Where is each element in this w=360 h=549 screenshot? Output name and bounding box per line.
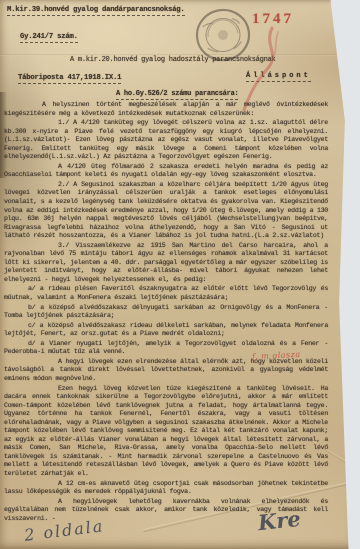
subject-line: A ho.Gy.526/2 számu parancsára: bbox=[116, 90, 238, 98]
paragraph: A helyszinen történt megbeszélések alapj… bbox=[4, 101, 328, 118]
scanned-document-photo: M.kir.39.honvéd gyalog dandárparancsnoks… bbox=[0, 0, 360, 549]
signature: Kre bbox=[257, 506, 302, 535]
file-number: Gy.241/7 szám. bbox=[20, 33, 78, 41]
unit-designation: M.kir.39.honvéd gyalog dandárparancsnoks… bbox=[7, 6, 185, 14]
body-text: A helyszinen történt megbeszélések alapj… bbox=[4, 101, 328, 524]
paper-sheet: M.kir.39.honvéd gyalog dandárparancsnoks… bbox=[0, 0, 360, 549]
paragraph: b/ a középső alvédőszakasz délnyugati sa… bbox=[4, 304, 328, 321]
paragraph: Ezen hegyi löveg közvetlen tüze kiegészi… bbox=[4, 385, 328, 479]
paragraph: 1./ A 4/120 tanküteg egy lövegét célszer… bbox=[4, 119, 328, 162]
paragraph: A hegyi lövegek ezen elrendezése által e… bbox=[4, 358, 328, 384]
field-post-date: Táboriposta 417,1918.IX.1 bbox=[18, 74, 121, 82]
paragraph: 2./ A Segusinoi szakaszban a közelharc c… bbox=[4, 181, 328, 241]
paragraph: 3./ Visszaemlékezve az 1915 San Martino … bbox=[4, 242, 328, 285]
paragraph: A 4/120 üteg fölmaradó 2 szakasza eredet… bbox=[4, 163, 328, 180]
paragraph: A 12 cm-es aknavető üteg csoportjai csak… bbox=[4, 480, 328, 497]
paragraph: a/ a rideau plésen Faveritől északnyugat… bbox=[4, 285, 328, 302]
paragraph: c/ a középső alvédőszakasz rideau délkel… bbox=[4, 322, 328, 339]
